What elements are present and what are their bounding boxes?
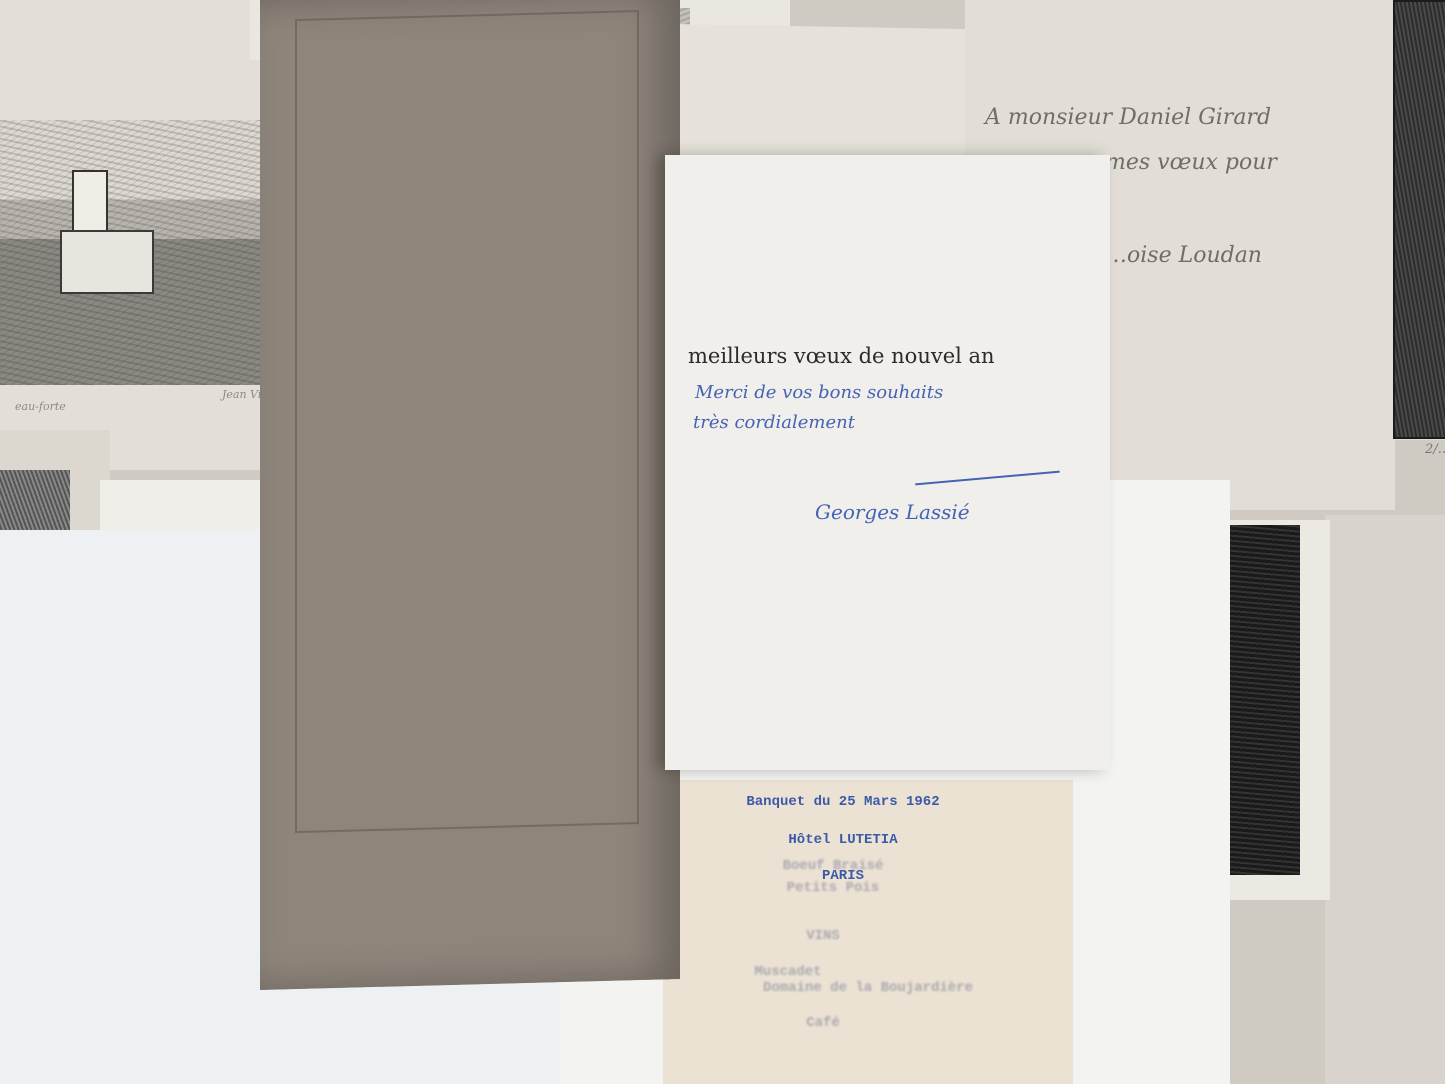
edition-number: 2/… <box>1425 442 1445 457</box>
woodcut-block <box>1220 525 1300 875</box>
menu-title: Banquet du 25 Mars 1962 <box>638 794 1048 810</box>
small-etching-print <box>0 430 110 540</box>
banquet-menu: Banquet du 25 Mars 1962 Hôtel LUTETIA Bo… <box>663 780 1073 1084</box>
signature: Georges Lassié <box>815 500 970 524</box>
pencil-note-technique: eau-forte <box>15 400 66 413</box>
gray-paper-sheet <box>1325 515 1445 1084</box>
letter-line-1: A monsieur Daniel Girard <box>985 105 1271 130</box>
greeting-card-cover <box>260 0 680 990</box>
menu-coffee: Café <box>618 1015 1028 1031</box>
dark-etching-print: 2/… <box>1385 0 1445 440</box>
handwritten-thanks: Merci de vos bons souhaits <box>695 382 943 403</box>
etching-plate <box>1393 0 1445 439</box>
menu-venue: Hôtel LUTETIA <box>638 832 1048 848</box>
embossed-image <box>295 10 639 833</box>
letter-line-3: …oise Loudan <box>1105 243 1262 268</box>
greeting-card-inner-page: meilleurs vœux de nouvel an Merci de vos… <box>665 155 1110 770</box>
letter-line-2: mes vœux pour <box>1105 150 1277 175</box>
menu-wine: Domaine de la Boujardière <box>663 980 1073 996</box>
menu-course: Petits Pois <box>628 880 1038 896</box>
signature-flourish <box>915 471 1060 486</box>
etching-village-print: eau-forte Jean Vigié <box>0 0 290 470</box>
handwritten-closing: très cordialement <box>693 412 855 433</box>
house <box>60 230 154 294</box>
printed-greeting: meilleurs vœux de nouvel an <box>688 344 995 368</box>
